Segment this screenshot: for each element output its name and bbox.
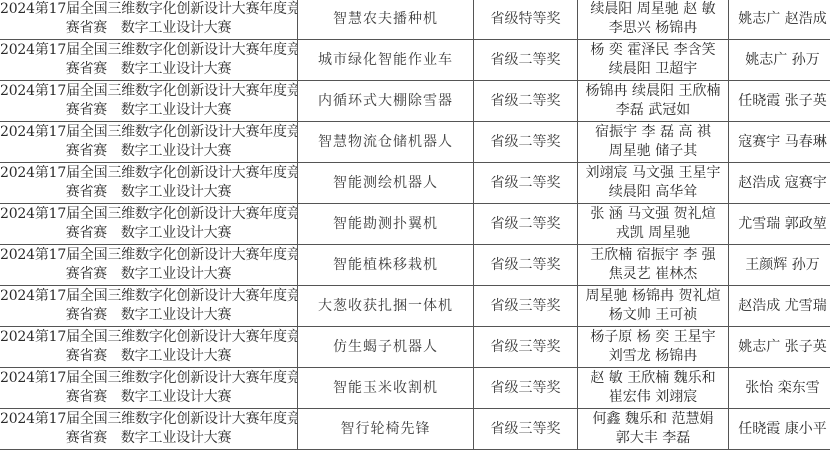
members-line: 崔宏伟 刘翊宸 xyxy=(578,388,728,407)
project-cell: 智行轮椅先锋 xyxy=(298,409,474,450)
advisors-cell: 张怡 栾东雪 xyxy=(729,368,830,409)
competition-line: 2024第17届全国三维数字化创新设计大赛年度竞 xyxy=(0,123,297,142)
competition-line: 2024第17届全国三维数字化创新设计大赛年度竞 xyxy=(0,328,297,347)
competition-line: 赛省赛 数字工业设计大赛 xyxy=(0,224,297,243)
project-cell: 智能勘测扑翼机 xyxy=(298,204,474,245)
advisors-cell: 赵浩成 尤雪瑞 xyxy=(729,286,830,327)
competition-line: 赛省赛 数字工业设计大赛 xyxy=(0,429,297,448)
table-row: 2024第17届全国三维数字化创新设计大赛年度竞赛省赛 数字工业设计大赛 仿生蝎… xyxy=(0,327,830,368)
members-line: 周星驰 储子其 xyxy=(578,142,728,161)
table-row: 2024第17届全国三维数字化创新设计大赛年度竞赛省赛 数字工业设计大赛 城市绿… xyxy=(0,40,830,81)
table-row: 2024第17届全国三维数字化创新设计大赛年度竞赛省赛 数字工业设计大赛 智慧农… xyxy=(0,0,830,40)
advisors-cell: 任晓霞 张子英 xyxy=(729,81,830,122)
members-cell: 张 涵 马文强 贺礼煊戎凯 周星驰 xyxy=(578,204,729,245)
members-line: 赵 敏 王欣楠 魏乐和 xyxy=(578,369,728,388)
awards-table-body: 2024第17届全国三维数字化创新设计大赛年度竞赛省赛 数字工业设计大赛 智慧农… xyxy=(0,0,830,450)
advisors-cell: 姚志广 张子英 xyxy=(729,327,830,368)
members-cell: 赵 敏 王欣楠 魏乐和崔宏伟 刘翊宸 xyxy=(578,368,729,409)
project-cell: 仿生蝎子机器人 xyxy=(298,327,474,368)
project-cell: 智慧农夫播种机 xyxy=(298,0,474,40)
project-cell: 大葱收获扎捆一体机 xyxy=(298,286,474,327)
table-row: 2024第17届全国三维数字化创新设计大赛年度竞赛省赛 数字工业设计大赛 智能勘… xyxy=(0,204,830,245)
members-line: 刘雪龙 杨锦冉 xyxy=(578,347,728,366)
competition-line: 2024第17届全国三维数字化创新设计大赛年度竞 xyxy=(0,410,297,429)
awards-table: 2024第17届全国三维数字化创新设计大赛年度竞赛省赛 数字工业设计大赛 智慧农… xyxy=(0,0,830,450)
competition-line: 赛省赛 数字工业设计大赛 xyxy=(0,265,297,284)
competition-line: 2024第17届全国三维数字化创新设计大赛年度竞 xyxy=(0,0,297,19)
members-line: 焦灵艺 崔林杰 xyxy=(578,265,728,284)
table-row: 2024第17届全国三维数字化创新设计大赛年度竞赛省赛 数字工业设计大赛 智能植… xyxy=(0,245,830,286)
competition-line: 赛省赛 数字工业设计大赛 xyxy=(0,101,297,120)
project-cell: 城市绿化智能作业车 xyxy=(298,40,474,81)
table-row: 2024第17届全国三维数字化创新设计大赛年度竞赛省赛 数字工业设计大赛 大葱收… xyxy=(0,286,830,327)
members-cell: 杨子原 杨 奕 王星宇刘雪龙 杨锦冉 xyxy=(578,327,729,368)
competition-line: 2024第17届全国三维数字化创新设计大赛年度竞 xyxy=(0,246,297,265)
members-cell: 刘翊宸 马文强 王星宇续晨阳 高华耸 xyxy=(578,163,729,204)
members-line: 戎凯 周星驰 xyxy=(578,224,728,243)
competition-line: 赛省赛 数字工业设计大赛 xyxy=(0,142,297,161)
project-cell: 智能植株移栽机 xyxy=(298,245,474,286)
advisors-cell: 姚志广 孙万 xyxy=(729,40,830,81)
advisors-cell: 任晓霞 康小平 xyxy=(729,409,830,450)
table-row: 2024第17届全国三维数字化创新设计大赛年度竞赛省赛 数字工业设计大赛 智慧物… xyxy=(0,122,830,163)
competition-cell: 2024第17届全国三维数字化创新设计大赛年度竞赛省赛 数字工业设计大赛 xyxy=(0,204,298,245)
members-line: 续晨阳 高华耸 xyxy=(578,183,728,202)
competition-cell: 2024第17届全国三维数字化创新设计大赛年度竞赛省赛 数字工业设计大赛 xyxy=(0,409,298,450)
table-row: 2024第17届全国三维数字化创新设计大赛年度竞赛省赛 数字工业设计大赛 智能测… xyxy=(0,163,830,204)
members-line: 刘翊宸 马文强 王星宇 xyxy=(578,164,728,183)
advisors-cell: 尤雪瑞 郭政堃 xyxy=(729,204,830,245)
table-row: 2024第17届全国三维数字化创新设计大赛年度竞赛省赛 数字工业设计大赛 内循环… xyxy=(0,81,830,122)
competition-cell: 2024第17届全国三维数字化创新设计大赛年度竞赛省赛 数字工业设计大赛 xyxy=(0,368,298,409)
project-cell: 智能玉米收割机 xyxy=(298,368,474,409)
members-cell: 王欣楠 宿振宇 李 强焦灵艺 崔林杰 xyxy=(578,245,729,286)
members-line: 王欣楠 宿振宇 李 强 xyxy=(578,246,728,265)
award-cell: 省级二等奖 xyxy=(474,40,578,81)
members-line: 何鑫 魏乐和 范慧娟 xyxy=(578,410,728,429)
project-cell: 内循环式大棚除雪器 xyxy=(298,81,474,122)
awards-table-view: 2024第17届全国三维数字化创新设计大赛年度竞赛省赛 数字工业设计大赛 智慧农… xyxy=(0,0,830,459)
members-line: 杨 奕 霍泽民 李含笑 xyxy=(578,41,728,60)
competition-cell: 2024第17届全国三维数字化创新设计大赛年度竞赛省赛 数字工业设计大赛 xyxy=(0,40,298,81)
members-cell: 杨 奕 霍泽民 李含笑续晨阳 卫超宇 xyxy=(578,40,729,81)
award-cell: 省级二等奖 xyxy=(474,204,578,245)
members-line: 杨文帅 王可祯 xyxy=(578,306,728,325)
award-cell: 省级二等奖 xyxy=(474,245,578,286)
competition-cell: 2024第17届全国三维数字化创新设计大赛年度竞赛省赛 数字工业设计大赛 xyxy=(0,163,298,204)
members-cell: 何鑫 魏乐和 范慧娟郭大丰 李磊 xyxy=(578,409,729,450)
table-row: 2024第17届全国三维数字化创新设计大赛年度竞赛省赛 数字工业设计大赛 智行轮… xyxy=(0,409,830,450)
competition-line: 赛省赛 数字工业设计大赛 xyxy=(0,183,297,202)
members-line: 续晨阳 周星驰 赵 敏 xyxy=(578,0,728,19)
project-cell: 智能测绘机器人 xyxy=(298,163,474,204)
table-row: 2024第17届全国三维数字化创新设计大赛年度竞赛省赛 数字工业设计大赛 智能玉… xyxy=(0,368,830,409)
members-cell: 续晨阳 周星驰 赵 敏李思兴 杨锦冉 xyxy=(578,0,729,40)
competition-line: 2024第17届全国三维数字化创新设计大赛年度竞 xyxy=(0,82,297,101)
award-cell: 省级特等奖 xyxy=(474,0,578,40)
members-cell: 杨锦冉 续晨阳 王欣楠李磊 武冠如 xyxy=(578,81,729,122)
competition-cell: 2024第17届全国三维数字化创新设计大赛年度竞赛省赛 数字工业设计大赛 xyxy=(0,245,298,286)
competition-line: 赛省赛 数字工业设计大赛 xyxy=(0,306,297,325)
members-line: 李磊 武冠如 xyxy=(578,101,728,120)
award-cell: 省级三等奖 xyxy=(474,368,578,409)
members-line: 杨子原 杨 奕 王星宇 xyxy=(578,328,728,347)
members-line: 李思兴 杨锦冉 xyxy=(578,19,728,38)
competition-line: 赛省赛 数字工业设计大赛 xyxy=(0,388,297,407)
competition-line: 2024第17届全国三维数字化创新设计大赛年度竞 xyxy=(0,287,297,306)
competition-cell: 2024第17届全国三维数字化创新设计大赛年度竞赛省赛 数字工业设计大赛 xyxy=(0,81,298,122)
competition-cell: 2024第17届全国三维数字化创新设计大赛年度竞赛省赛 数字工业设计大赛 xyxy=(0,327,298,368)
award-cell: 省级二等奖 xyxy=(474,81,578,122)
advisors-cell: 姚志广 赵浩成 xyxy=(729,0,830,40)
members-line: 杨锦冉 续晨阳 王欣楠 xyxy=(578,82,728,101)
award-cell: 省级二等奖 xyxy=(474,163,578,204)
competition-line: 2024第17届全国三维数字化创新设计大赛年度竞 xyxy=(0,369,297,388)
members-cell: 宿振宇 李 磊 高 祺周星驰 储子其 xyxy=(578,122,729,163)
competition-cell: 2024第17届全国三维数字化创新设计大赛年度竞赛省赛 数字工业设计大赛 xyxy=(0,286,298,327)
award-cell: 省级三等奖 xyxy=(474,286,578,327)
members-line: 郭大丰 李磊 xyxy=(578,429,728,448)
competition-cell: 2024第17届全国三维数字化创新设计大赛年度竞赛省赛 数字工业设计大赛 xyxy=(0,0,298,40)
advisors-cell: 王颜辉 孙万 xyxy=(729,245,830,286)
competition-line: 赛省赛 数字工业设计大赛 xyxy=(0,60,297,79)
members-line: 周星驰 杨锦冉 贺礼煊 xyxy=(578,287,728,306)
advisors-cell: 寇赛宇 马春琳 xyxy=(729,122,830,163)
competition-cell: 2024第17届全国三维数字化创新设计大赛年度竞赛省赛 数字工业设计大赛 xyxy=(0,122,298,163)
members-cell: 周星驰 杨锦冉 贺礼煊杨文帅 王可祯 xyxy=(578,286,729,327)
award-cell: 省级三等奖 xyxy=(474,327,578,368)
members-line: 宿振宇 李 磊 高 祺 xyxy=(578,123,728,142)
competition-line: 2024第17届全国三维数字化创新设计大赛年度竞 xyxy=(0,205,297,224)
award-cell: 省级二等奖 xyxy=(474,122,578,163)
competition-line: 2024第17届全国三维数字化创新设计大赛年度竞 xyxy=(0,41,297,60)
competition-line: 2024第17届全国三维数字化创新设计大赛年度竞 xyxy=(0,164,297,183)
competition-line: 赛省赛 数字工业设计大赛 xyxy=(0,19,297,38)
members-line: 续晨阳 卫超宇 xyxy=(578,60,728,79)
advisors-cell: 赵浩成 寇赛宇 xyxy=(729,163,830,204)
project-cell: 智慧物流仓储机器人 xyxy=(298,122,474,163)
members-line: 张 涵 马文强 贺礼煊 xyxy=(578,205,728,224)
competition-line: 赛省赛 数字工业设计大赛 xyxy=(0,347,297,366)
award-cell: 省级三等奖 xyxy=(474,409,578,450)
